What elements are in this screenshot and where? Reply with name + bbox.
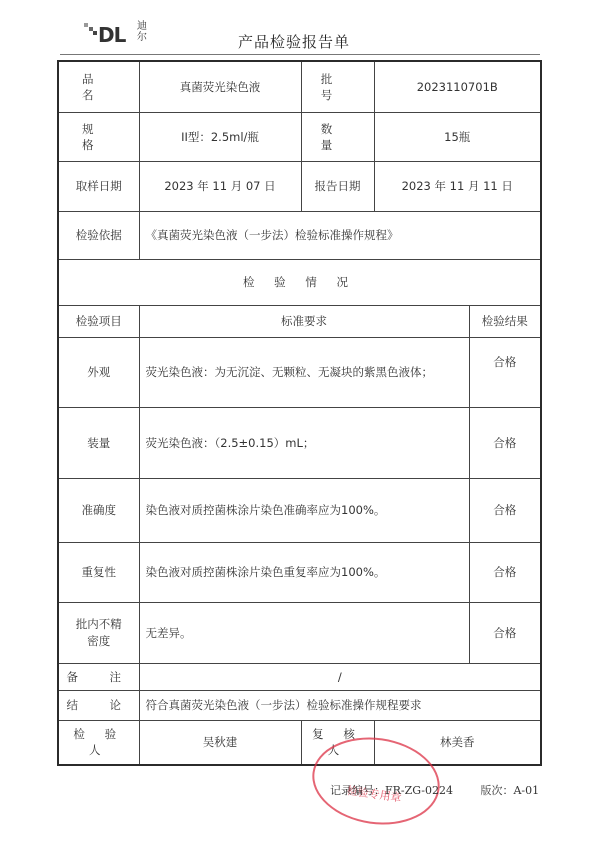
record-number: 记录编号：FR-ZG-0224 [330,784,453,797]
quantity-value: 15瓶 [374,112,541,161]
basis-value: 《真菌荧光染色液（一步法）检验标准操作规程》 [139,211,541,259]
page-title: 产品检验报告单 [238,31,350,52]
logo-pixel [84,23,88,27]
batch-label: 批 号 [301,61,374,112]
inspector-label: 检 验 人 [58,720,139,765]
quantity-label: 数 量 [301,112,374,161]
inspection-section-title: 检 验 情 况 [58,259,541,305]
row-column-headers: 检验项目 标准要求 检验结果 [58,305,541,337]
company-logo: DL 迪尔 [84,19,154,45]
row-spec: 规 格 II型：2.5ml/瓶 数 量 15瓶 [58,112,541,161]
conclusion-value: 符合真菌荧光染色液（一步法）检验标准操作规程要求 [139,690,541,720]
table-row: 准确度 染色液对质控菌株涂片染色准确率应为100%。 合格 [58,478,541,542]
item-result: 合格 [469,407,541,478]
row-basis: 检验依据 《真菌荧光染色液（一步法）检验标准操作规程》 [58,211,541,259]
item-result: 合格 [469,478,541,542]
spec-value: II型：2.5ml/瓶 [139,112,301,161]
table-row: 装量 荧光染色液：（2.5±0.15）mL； 合格 [58,407,541,478]
remarks-label: 备 注 [58,663,139,690]
sample-date: 2023 年 11 月 07 日 [139,161,301,211]
item-requirement: 染色液对质控菌株涂片染色重复率应为100%。 [139,542,469,602]
spec-label: 规 格 [58,112,139,161]
col-header-item: 检验项目 [58,305,139,337]
item-result: 合格 [469,542,541,602]
item-requirement: 无差异。 [139,602,469,663]
item-requirement: 荧光染色液：为无沉淀、无颗粒、无凝块的紫黑色液体； [139,337,469,407]
row-dates: 取样日期 2023 年 11 月 07 日 报告日期 2023 年 11 月 1… [58,161,541,211]
item-requirement: 染色液对质控菌株涂片染色准确率应为100%。 [139,478,469,542]
product-name: 真菌荧光染色液 [139,61,301,112]
footer: 记录编号：FR-ZG-0224 版次：A-01 [330,782,563,798]
item-name: 批内不精密度 [58,602,139,663]
item-name: 重复性 [58,542,139,602]
version: 版次：A-01 [480,784,539,797]
row-remarks: 备 注 / [58,663,541,690]
product-name-label: 品 名 [58,61,139,112]
logo-pixel [93,31,97,35]
row-section-title: 检 验 情 况 [58,259,541,305]
row-product: 品 名 真菌荧光染色液 批 号 2023110701B [58,61,541,112]
report-date-label: 报告日期 [301,161,374,211]
col-header-result: 检验结果 [469,305,541,337]
table-row: 重复性 染色液对质控菌株涂片染色重复率应为100%。 合格 [58,542,541,602]
row-signatures: 检 验 人 吴秋建 复 核 人 林美香 [58,720,541,765]
basis-label: 检验依据 [58,211,139,259]
item-requirement: 荧光染色液：（2.5±0.15）mL； [139,407,469,478]
table-row: 批内不精密度 无差异。 合格 [58,602,541,663]
item-result: 合格 [469,337,541,407]
batch-number: 2023110701B [374,61,541,112]
header-divider [60,54,540,55]
remarks-value: / [139,663,541,690]
col-header-requirement: 标准要求 [139,305,469,337]
inspection-report-table: 品 名 真菌荧光染色液 批 号 2023110701B 规 格 II型：2.5m… [57,60,542,766]
item-name: 外观 [58,337,139,407]
report-date: 2023 年 11 月 11 日 [374,161,541,211]
sample-date-label: 取样日期 [58,161,139,211]
logo-cn: 迪尔 [137,21,149,43]
inspector-name: 吴秋建 [139,720,301,765]
logo-text: DL [98,23,125,47]
item-result: 合格 [469,602,541,663]
table-row: 外观 荧光染色液：为无沉淀、无颗粒、无凝块的紫黑色液体； 合格 [58,337,541,407]
item-name: 装量 [58,407,139,478]
row-conclusion: 结 论 符合真菌荧光染色液（一步法）检验标准操作规程要求 [58,690,541,720]
item-name: 准确度 [58,478,139,542]
conclusion-label: 结 论 [58,690,139,720]
